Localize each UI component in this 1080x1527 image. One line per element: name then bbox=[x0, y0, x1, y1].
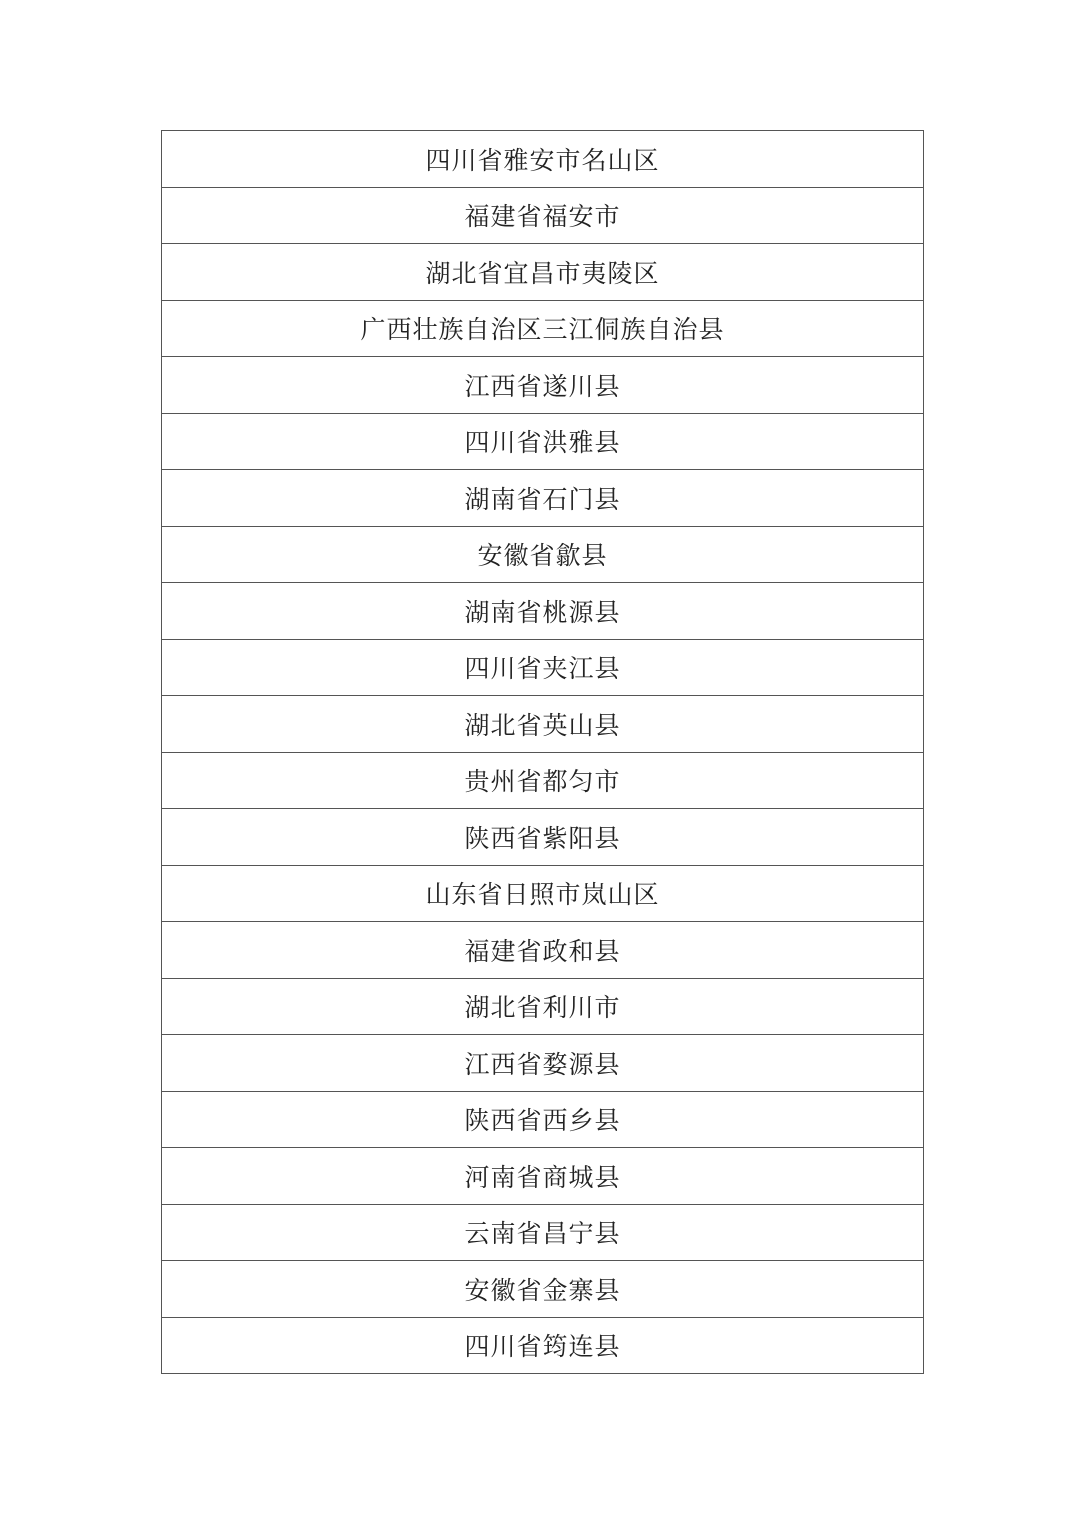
table-cell: 四川省洪雅县 bbox=[162, 413, 924, 470]
table-row: 湖北省利川市 bbox=[162, 978, 924, 1035]
table-cell: 江西省婺源县 bbox=[162, 1035, 924, 1092]
table-cell: 安徽省歙县 bbox=[162, 526, 924, 583]
table-cell: 湖南省桃源县 bbox=[162, 583, 924, 640]
table-row: 湖南省石门县 bbox=[162, 470, 924, 527]
table-cell: 云南省昌宁县 bbox=[162, 1204, 924, 1261]
table-row: 四川省筠连县 bbox=[162, 1317, 924, 1374]
table-cell: 陕西省紫阳县 bbox=[162, 809, 924, 866]
table-row: 陕西省紫阳县 bbox=[162, 809, 924, 866]
table-cell: 安徽省金寨县 bbox=[162, 1261, 924, 1318]
table-cell: 广西壮族自治区三江侗族自治县 bbox=[162, 300, 924, 357]
table-row: 云南省昌宁县 bbox=[162, 1204, 924, 1261]
table-row: 河南省商城县 bbox=[162, 1148, 924, 1205]
table-cell: 陕西省西乡县 bbox=[162, 1091, 924, 1148]
table-cell: 湖北省宜昌市夷陵区 bbox=[162, 244, 924, 301]
table-row: 江西省遂川县 bbox=[162, 357, 924, 414]
table-row: 陕西省西乡县 bbox=[162, 1091, 924, 1148]
table-cell: 贵州省都匀市 bbox=[162, 752, 924, 809]
table-row: 福建省福安市 bbox=[162, 187, 924, 244]
table-cell: 湖南省石门县 bbox=[162, 470, 924, 527]
table-row: 安徽省金寨县 bbox=[162, 1261, 924, 1318]
table-row: 福建省政和县 bbox=[162, 922, 924, 979]
table-row: 四川省雅安市名山区 bbox=[162, 131, 924, 188]
table-row: 山东省日照市岚山区 bbox=[162, 865, 924, 922]
table-cell: 四川省筠连县 bbox=[162, 1317, 924, 1374]
table-cell: 河南省商城县 bbox=[162, 1148, 924, 1205]
document-page: 四川省雅安市名山区 福建省福安市 湖北省宜昌市夷陵区 广西壮族自治区三江侗族自治… bbox=[0, 0, 1080, 1527]
table-row: 湖北省宜昌市夷陵区 bbox=[162, 244, 924, 301]
table-cell: 江西省遂川县 bbox=[162, 357, 924, 414]
table-row: 安徽省歙县 bbox=[162, 526, 924, 583]
table-row: 广西壮族自治区三江侗族自治县 bbox=[162, 300, 924, 357]
table-row: 江西省婺源县 bbox=[162, 1035, 924, 1092]
table-row: 湖南省桃源县 bbox=[162, 583, 924, 640]
table-cell: 四川省雅安市名山区 bbox=[162, 131, 924, 188]
table-cell: 山东省日照市岚山区 bbox=[162, 865, 924, 922]
table-cell: 福建省政和县 bbox=[162, 922, 924, 979]
table-cell: 四川省夹江县 bbox=[162, 639, 924, 696]
region-list-table: 四川省雅安市名山区 福建省福安市 湖北省宜昌市夷陵区 广西壮族自治区三江侗族自治… bbox=[161, 130, 924, 1374]
table-row: 四川省夹江县 bbox=[162, 639, 924, 696]
table-cell: 福建省福安市 bbox=[162, 187, 924, 244]
table-row: 湖北省英山县 bbox=[162, 696, 924, 753]
table-row: 贵州省都匀市 bbox=[162, 752, 924, 809]
table-cell: 湖北省利川市 bbox=[162, 978, 924, 1035]
table-row: 四川省洪雅县 bbox=[162, 413, 924, 470]
table-cell: 湖北省英山县 bbox=[162, 696, 924, 753]
